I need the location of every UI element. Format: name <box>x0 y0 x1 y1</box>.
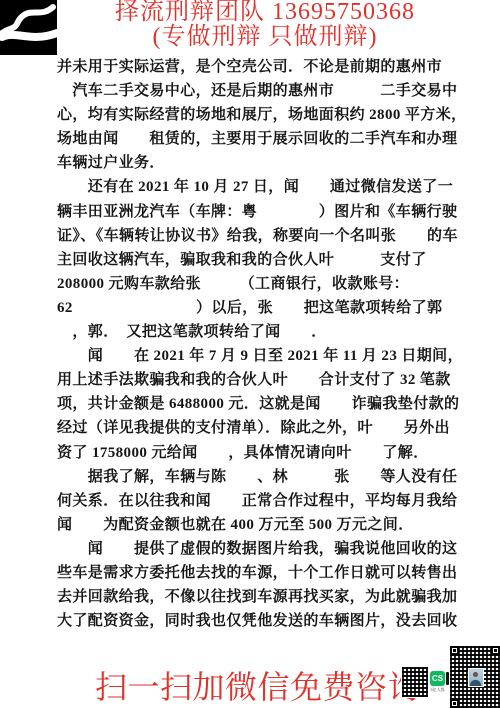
avatar-head <box>473 672 478 677</box>
page-number: 31 <box>0 612 500 622</box>
text-line: 62 ）以后，张 把这笔款项转给了郭 <box>57 296 451 320</box>
text-line: 去并回款给我，不像以往找到车源再找买家，为此就骗我加 <box>57 585 451 609</box>
text-line: 经过（详见我提供的支付清单）．除此之外，叶 另外出 <box>57 416 451 440</box>
text-line: 项，共计金额是 6488000 元．这就是闻 诈骗我垫付款的 <box>57 392 451 416</box>
text-line: 闻 在 2021 年 7 月 9 日至 2021 年 11 月 23 日期间， <box>57 344 451 368</box>
text-line: 何关系．在以往我和闻 正常合作过程中，平均每月我给 <box>57 489 451 513</box>
qr-finder-icon <box>491 646 500 655</box>
text-line: 闻 提供了虚假的数据图片给我，骗我说他回收的这 <box>57 537 451 561</box>
text-line: 证》、《车辆转让协议书》给我，称要向一个名叫张 的车 <box>57 224 451 248</box>
text-line: ，郭． 又把这笔款项转给了闻 ． <box>57 320 451 344</box>
wechat-cta-text: 扫一扫加微信免费咨询 <box>95 662 420 708</box>
text-line: 208000 元购车款给张 （工商银行，收款账号： <box>57 272 451 296</box>
qr-code-small-icon <box>402 667 428 697</box>
cs-app-logo-icon: CS <box>430 671 445 686</box>
text-line: 还有在 2021 年 10 月 27 日，闻 通过微信发送了一 <box>57 175 451 199</box>
text-line: 用上述手法欺骗我和我的合伙人叶 合计支付了 32 笔款 <box>57 368 451 392</box>
text-line: 心，均有实际经营的场地和展厅，场地面积约 2800 平方米， <box>57 103 451 127</box>
text-line: 场地由闻 租赁的，主要用于展示回收的二手汽车和办理 <box>57 127 451 151</box>
tiny-marker-icon <box>446 672 449 685</box>
team-name-and-phone: 择流刑辩团队 13695750368 <box>60 0 470 25</box>
text-line: 主回收这辆汽车，骗取我和我的合伙人叶 支付了 <box>57 248 451 272</box>
document-body: 并未用于实际运营，是个空壳公司．不论是前期的惠州市 汽车二手交易中心，还是后期的… <box>57 55 451 633</box>
text-line: 资了 1758000 元给闻 ，具体情况请向叶 了解． <box>57 441 451 465</box>
text-line: 车辆过户业务． <box>57 151 451 175</box>
text-line: 汽车二手交易中心，还是后期的惠州市 二手交易中 <box>57 79 451 103</box>
text-line: 据我了解，车辆与陈 、林 张 等人没有任 <box>57 465 451 489</box>
qr-finder-icon <box>450 699 459 708</box>
ad-header: 择流刑辩团队 13695750368 (专做刑辩 只做刑辩) <box>60 0 470 50</box>
text-line: 辆丰田亚洲龙汽车（车牌：粤 ）图片和《车辆行驶 <box>57 200 451 224</box>
text-line: 闻 为配资金额也就在 400 万元至 500 万元之间． <box>57 513 451 537</box>
qr-finder-icon <box>450 646 459 655</box>
app-badge: CS 3亿人都 <box>429 671 446 693</box>
text-line: 些车是需求方委托他去找的车源，十个工作日就可以转售出 <box>57 561 451 585</box>
river-swoosh-logo-icon <box>0 0 57 55</box>
scanned-document-page: 择流刑辩团队 13695750368 (专做刑辩 只做刑辩) 并未用于实际运营，… <box>0 0 500 708</box>
qr-code-large-icon <box>450 646 500 708</box>
avatar-torso <box>470 680 481 686</box>
team-slogan: (专做刑辩 只做刑辩) <box>60 25 470 50</box>
app-badge-caption: 3亿人都 <box>429 687 446 693</box>
qr-center-avatar <box>468 668 484 687</box>
text-line: 并未用于实际运营，是个空壳公司．不论是前期的惠州市 <box>57 55 451 79</box>
